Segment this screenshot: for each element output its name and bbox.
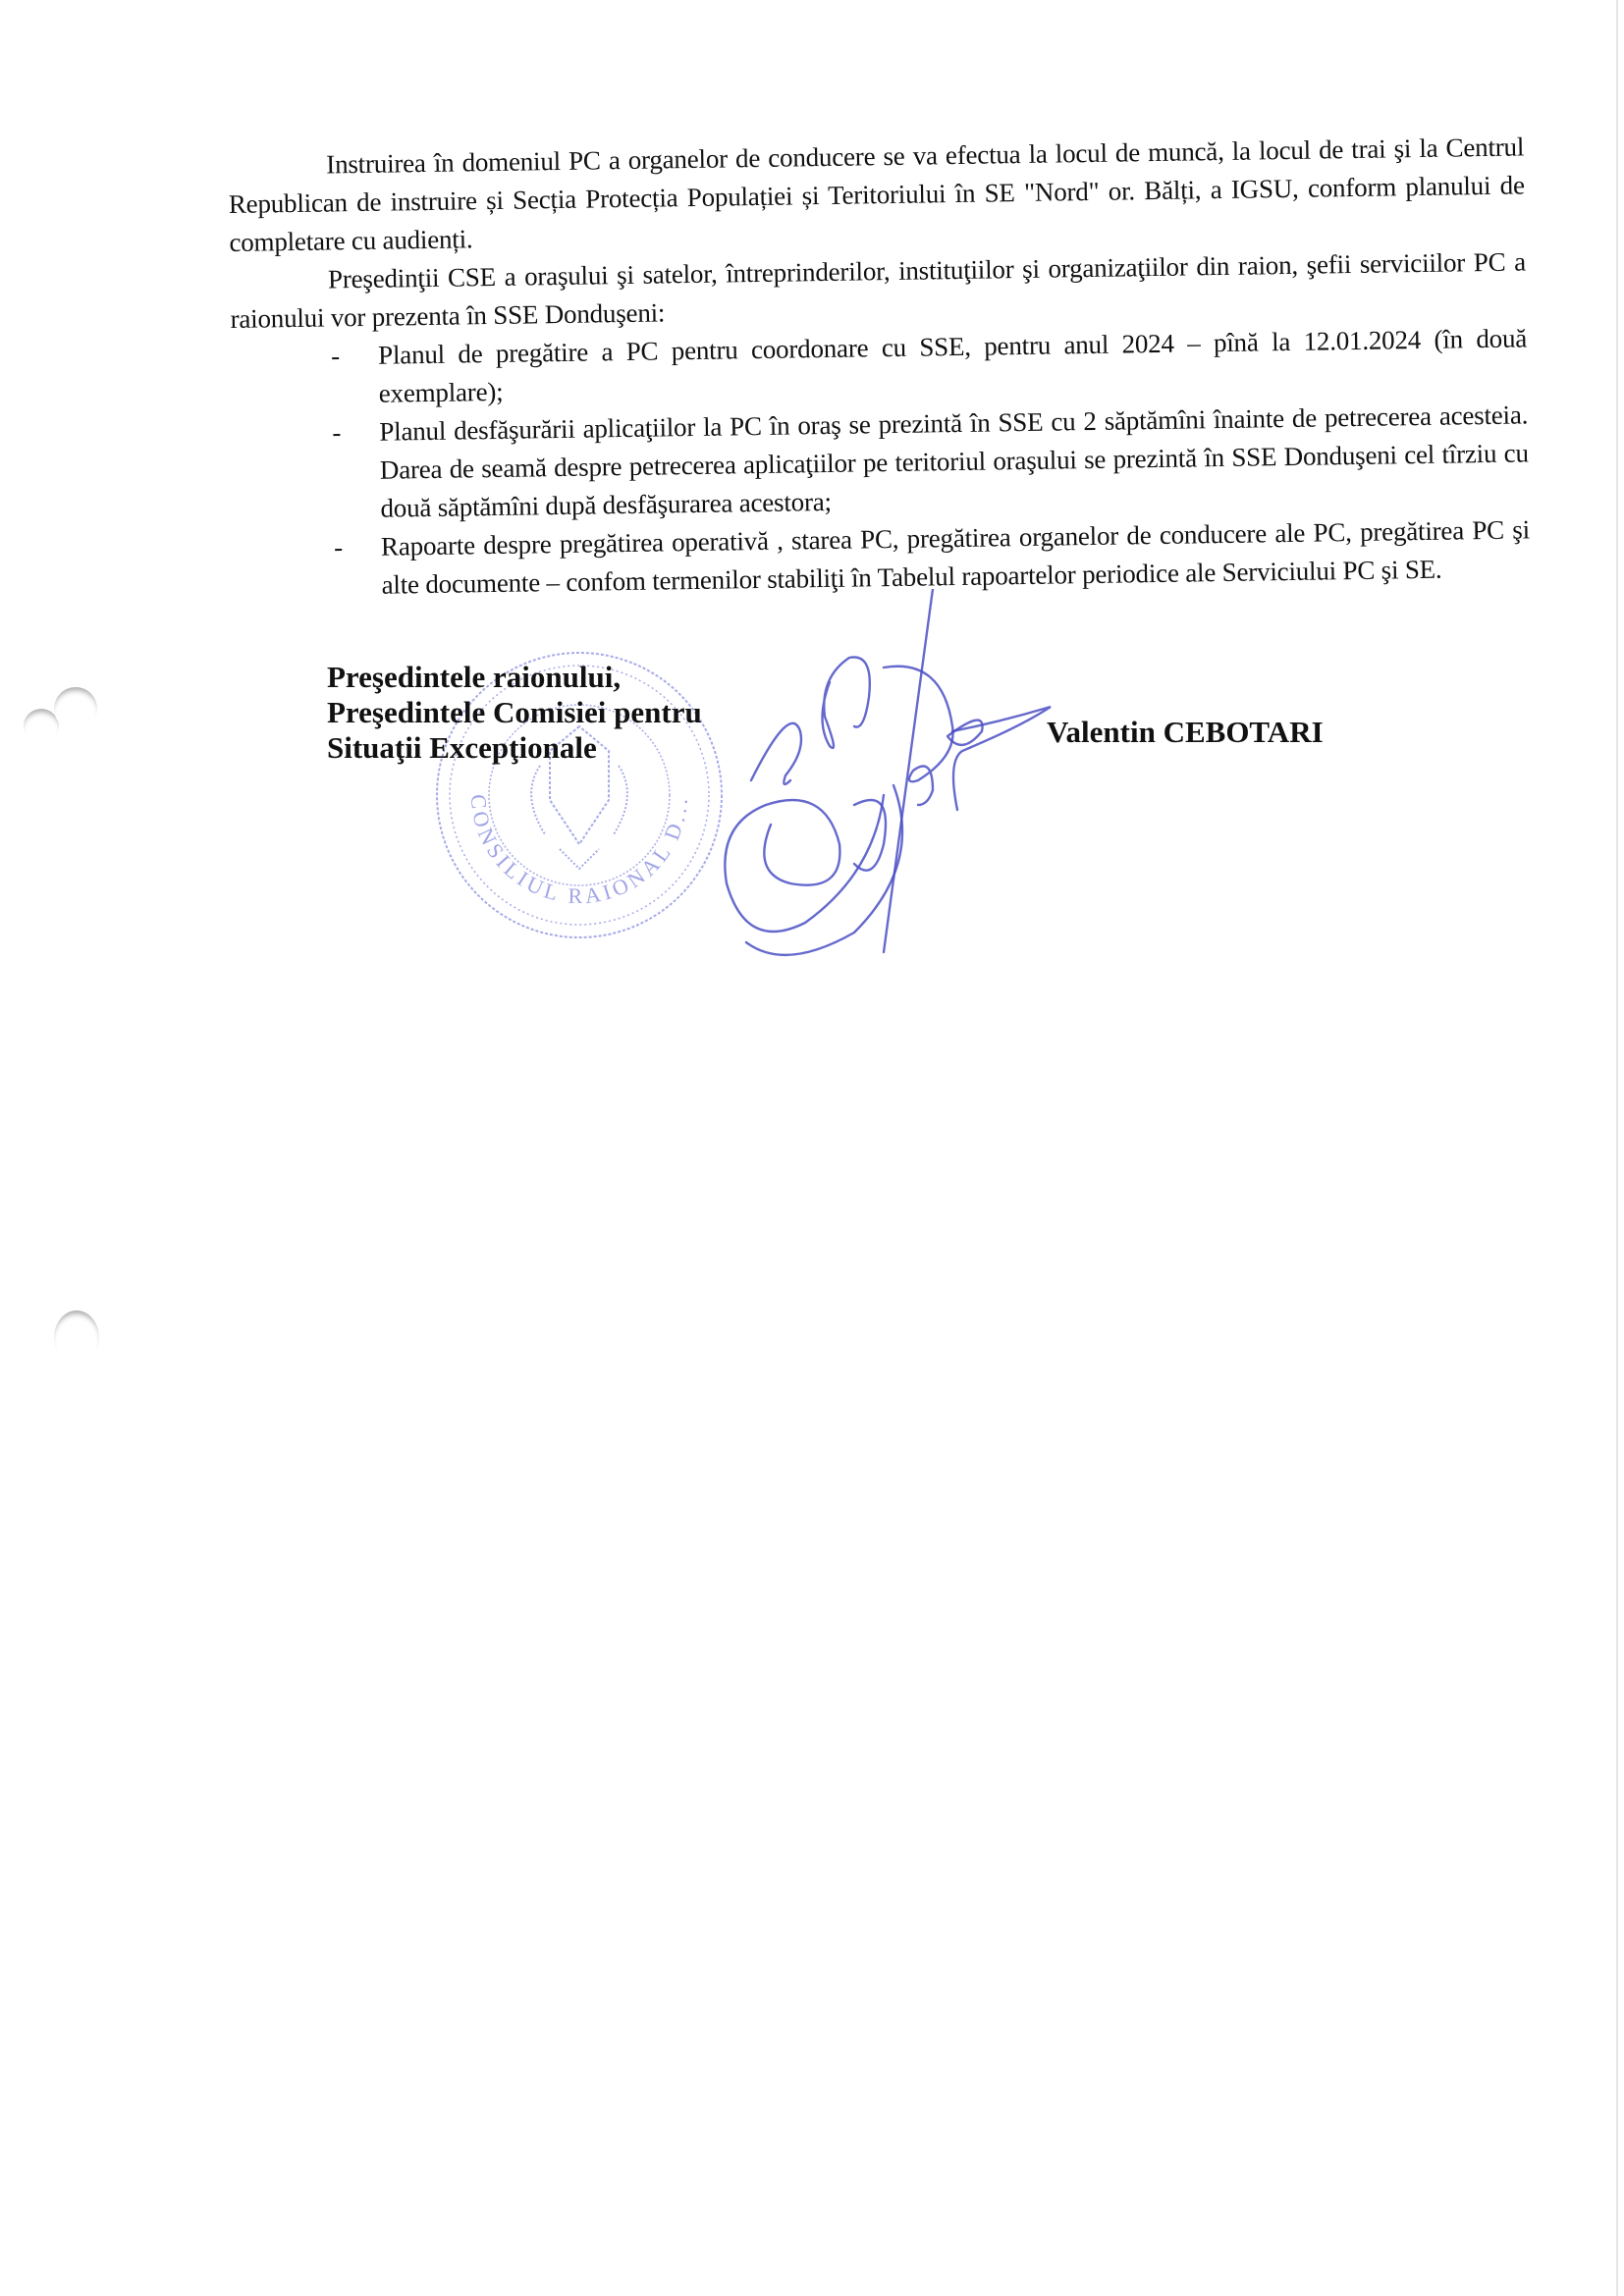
signatory-name: Valentin CEBOTARI	[1047, 715, 1324, 750]
svg-text:CONSILIUL RAIONAL D...: CONSILIUL RAIONAL D...	[466, 793, 692, 908]
list-item: - Planul desfăşurării aplicaţiilor la PC…	[232, 396, 1530, 530]
stamp-text: CONSILIUL RAIONAL D...	[466, 793, 692, 908]
requirements-list: - Planul de pregătire a PC pentru coordo…	[231, 319, 1531, 607]
handwritten-signature-icon	[707, 589, 1100, 1001]
punch-hole	[54, 1310, 99, 1365]
list-item-text: Planul desfăşurării aplicaţiilor la PC î…	[379, 400, 1529, 522]
signatory-title-line: Situaţii Excepţionale	[327, 730, 702, 766]
bullet-dash: -	[332, 413, 341, 452]
document-body: Instruirea în domeniul PC a organelor de…	[228, 128, 1531, 607]
list-item-text: Rapoarte despre pregătirea operativă , s…	[381, 514, 1530, 599]
punch-hole	[54, 687, 97, 730]
signatory-title-line: Preşedintele Comisiei pentru	[327, 695, 702, 730]
bullet-dash: -	[331, 337, 340, 375]
signatory-title: Preşedintele raionului, Preşedintele Com…	[327, 660, 702, 766]
list-item-text: Planul de pregătire a PC pentru coordona…	[378, 323, 1527, 407]
page-edge	[1616, 0, 1618, 2296]
signatory-title-line: Preşedintele raionului,	[327, 660, 702, 695]
punch-hole	[24, 709, 59, 744]
bullet-dash: -	[334, 528, 343, 566]
paragraph-instruction: Instruirea în domeniul PC a organelor de…	[228, 128, 1526, 262]
